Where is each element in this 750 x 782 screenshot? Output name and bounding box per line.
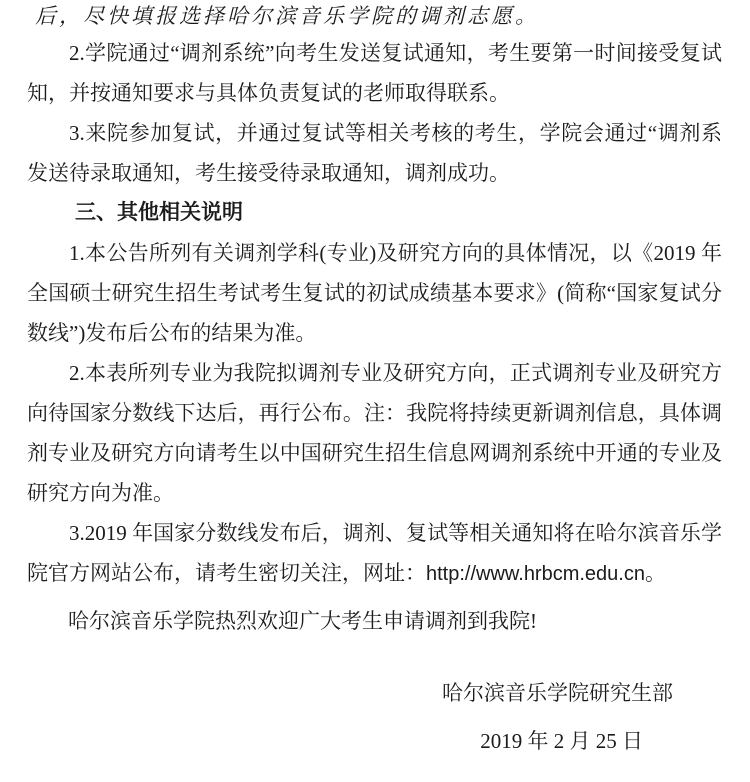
note-3-line-2-period: 。	[645, 561, 666, 585]
signature-date: 2019 年 2 月 25 日	[27, 721, 722, 761]
note-2-line-1: 2.本表所列专业为我院拟调剂专业及研究方向，正式调剂专业及研究方	[27, 353, 722, 393]
step-3-line-1: 3.来院参加复试，并通过复试等相关考核的考生，学院会通过“调剂系统”	[27, 113, 722, 153]
document-page: 后，尽快填报选择哈尔滨音乐学院的调剂志愿。 2.学院通过“调剂系统”向考生发送复…	[0, 0, 750, 782]
step-3-line-2: 发送待录取通知，考生接受待录取通知，调剂成功。	[27, 153, 722, 193]
note-1-line-3: 数线”)发布后公布的结果为准。	[27, 313, 722, 353]
step-2-line-1: 2.学院通过“调剂系统”向考生发送复试通知，考生要第一时间接受复试通	[27, 33, 722, 73]
note-3-line-2: 院官方网站公布，请考生密切关注，网址：http://www.hrbcm.edu.…	[27, 553, 722, 593]
closing-line: 哈尔滨音乐学院热烈欢迎广大考生申请调剂到我院!	[27, 601, 722, 641]
note-2-line-4: 研究方向为准。	[27, 473, 722, 513]
note-2-line-3: 剂专业及研究方向请考生以中国研究生招生信息网调剂系统中开通的专业及	[27, 433, 722, 473]
section-heading: 三、其他相关说明	[27, 193, 722, 233]
note-3-line-2-text: 院官方网站公布，请考生密切关注，网址：	[27, 561, 426, 585]
note-2-line-2: 向待国家分数线下达后，再行公布。注：我院将持续更新调剂信息，具体调	[27, 393, 722, 433]
note-1-line-1: 1.本公告所列有关调剂学科(专业)及研究方向的具体情况，以《2019 年	[27, 233, 722, 273]
note-3-line-1: 3.2019 年国家分数线发布后，调剂、复试等相关通知将在哈尔滨音乐学	[27, 513, 722, 553]
note-1-line-2: 全国硕士研究生招生考试考生复试的初试成绩基本要求》(简称“国家复试分	[27, 273, 722, 313]
step-2-line-2: 知，并按通知要求与具体负责复试的老师取得联系。	[27, 73, 722, 113]
signature-org: 哈尔滨音乐学院研究生部	[27, 673, 722, 713]
continuation-line: 后，尽快填报选择哈尔滨音乐学院的调剂志愿。	[27, 0, 722, 33]
website-url: http://www.hrbcm.edu.cn	[426, 563, 645, 585]
